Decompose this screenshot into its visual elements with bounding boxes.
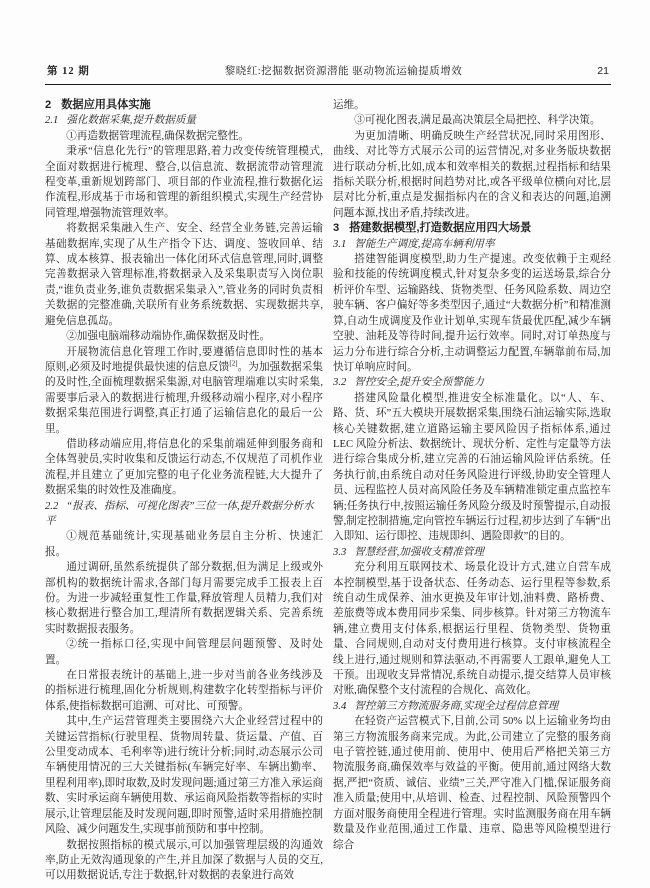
subsection-number: 3.3 — [333, 545, 346, 560]
paragraph: 搭建风险量化模型,推进安全标准量化。以“人、车、路、货、环”五大模块开展数据采集… — [333, 391, 611, 545]
subsection-number: 2.1 — [45, 113, 58, 128]
paragraph: 通过调研,虽然系统提供了部分数据,但为满足上级或外部机构的数据统计需求,各部门每… — [45, 560, 323, 637]
reference-superscript: [2] — [229, 359, 237, 367]
header-running-title: 黎晓红:挖掘数据资源潜能 驱动物流运输提质增效 — [225, 65, 463, 79]
subsection-title: 强化数据采集,提升数据质量 — [66, 115, 196, 126]
paragraph: 秉承“信息化先行”的管理思路,着力改变传统管理模式,全面对数据进行梳理、整合,以… — [45, 144, 323, 221]
paragraph: 在轻资产运营模式下,目前,公司 50% 以上运输业务均由第三方物流服务商来完成。… — [333, 714, 611, 853]
running-header: 第 12 期 黎晓红:挖掘数据资源潜能 驱动物流运输提质增效 21 — [45, 64, 611, 79]
section-number: 3 — [333, 221, 339, 236]
paragraph: 搭建智能调度模型,助力生产提速。改变依赖于主观经验和技能的传统调度模式,针对复杂… — [333, 252, 611, 375]
section-number: 2 — [45, 98, 51, 113]
header-page-number: 21 — [597, 64, 609, 78]
section-heading-2: 2数据应用具体实施 — [45, 98, 323, 113]
paragraph: ③可视化图表,满足最高决策层全局把控、科学决策。 — [333, 113, 611, 128]
subsection-title: “报表、指标、可视化图表”三位一体,提升数据分析水平 — [45, 501, 314, 527]
paragraph: ②统一指标口径,实现中间管理层问题预警、及时处置。 — [45, 637, 323, 668]
subsection-heading-2-2: 2.2“报表、指标、可视化图表”三位一体,提升数据分析水平 — [45, 499, 323, 530]
article-body: 2数据应用具体实施 2.1强化数据采集,提升数据质量 ①再造数据管理流程,确保数… — [45, 98, 611, 884]
subsection-heading-3-4: 3.4智控第三方物流服务商,实现全过程信息管理 — [333, 699, 611, 714]
paragraph: 在日常报表统计的基础上,进一步对当前各业务线涉及的指标进行梳理,固化分析规则,构… — [45, 668, 323, 714]
subsection-heading-3-3: 3.3智慧经营,加强收支精准管理 — [333, 545, 611, 560]
subsection-heading-3-2: 3.2智控安全,提升安全预警能力 — [333, 375, 611, 390]
subsection-number: 3.2 — [333, 375, 346, 390]
paragraph: 为更加清晰、明确反映生产经营状况,同时采用图形、曲线、对比等方式展示公司的运营情… — [333, 129, 611, 221]
subsection-title: 智控第三方物流服务商,实现全过程信息管理 — [354, 701, 558, 712]
subsection-number: 3.4 — [333, 699, 346, 714]
left-column: 2数据应用具体实施 2.1强化数据采集,提升数据质量 ①再造数据管理流程,确保数… — [45, 98, 323, 884]
section-title: 搭建数据模型,打造数据应用四大场景 — [349, 222, 531, 234]
paper-page: 第 12 期 黎晓红:挖掘数据资源潜能 驱动物流运输提质增效 21 2数据应用具… — [0, 0, 650, 888]
paragraph: ②加强电脑端移动端协作,确保数据及时性。 — [45, 329, 323, 344]
paragraph: 数据按照指标的模式展示,可以加强管理层级的沟通效率,防止无效沟通现象的产生,并且… — [45, 838, 323, 884]
paragraph-with-reference: 开展物流信息化管理工作时,要遵循信息即时性的基本原则,必须及时地提供最快速的信息… — [45, 345, 323, 437]
paragraph: ①再造数据管理流程,确保数据完整性。 — [45, 129, 323, 144]
header-rule — [45, 84, 611, 85]
subsection-title: 智能生产调度,提高车辆利用率 — [354, 239, 494, 250]
paragraph: ①规范基础统计,实现基础业务层自主分析、快速汇报。 — [45, 529, 323, 560]
subsection-title: 智控安全,提升安全预警能力 — [354, 377, 484, 388]
subsection-heading-3-1: 3.1智能生产调度,提高车辆利用率 — [333, 237, 611, 252]
section-title: 数据应用具体实施 — [61, 99, 151, 111]
paragraph-continuation: 运维。 — [333, 98, 611, 113]
header-issue-label: 第 12 期 — [47, 65, 90, 79]
paragraph: 将数据采集融入生产、安全、经营全业务链,完善运输基础数据库,实现了从生产指令下达… — [45, 221, 323, 329]
subsection-title: 智慧经营,加强收支精准管理 — [354, 547, 484, 558]
subsection-number: 2.2 — [45, 499, 58, 514]
subsection-heading-2-1: 2.1强化数据采集,提升数据质量 — [45, 113, 323, 128]
paragraph: 充分利用互联网技术、场景化设计方式,建立自营车成本控制模型,基于设备状态、任务动… — [333, 560, 611, 699]
subsection-number: 3.1 — [333, 237, 346, 252]
paragraph: 其中,生产运营管理类主要围绕六大企业经营过程中的关键运营指标(行驶里程、货物周转… — [45, 714, 323, 837]
section-heading-3: 3搭建数据模型,打造数据应用四大场景 — [333, 221, 611, 236]
paragraph: 借助移动端应用,将信息化的采集前端延伸到服务商和全体驾驶员,实时收集和反馈运行动… — [45, 437, 323, 499]
right-column: 运维。 ③可视化图表,满足最高决策层全局把控、科学决策。 为更加清晰、明确反映生… — [333, 98, 611, 884]
